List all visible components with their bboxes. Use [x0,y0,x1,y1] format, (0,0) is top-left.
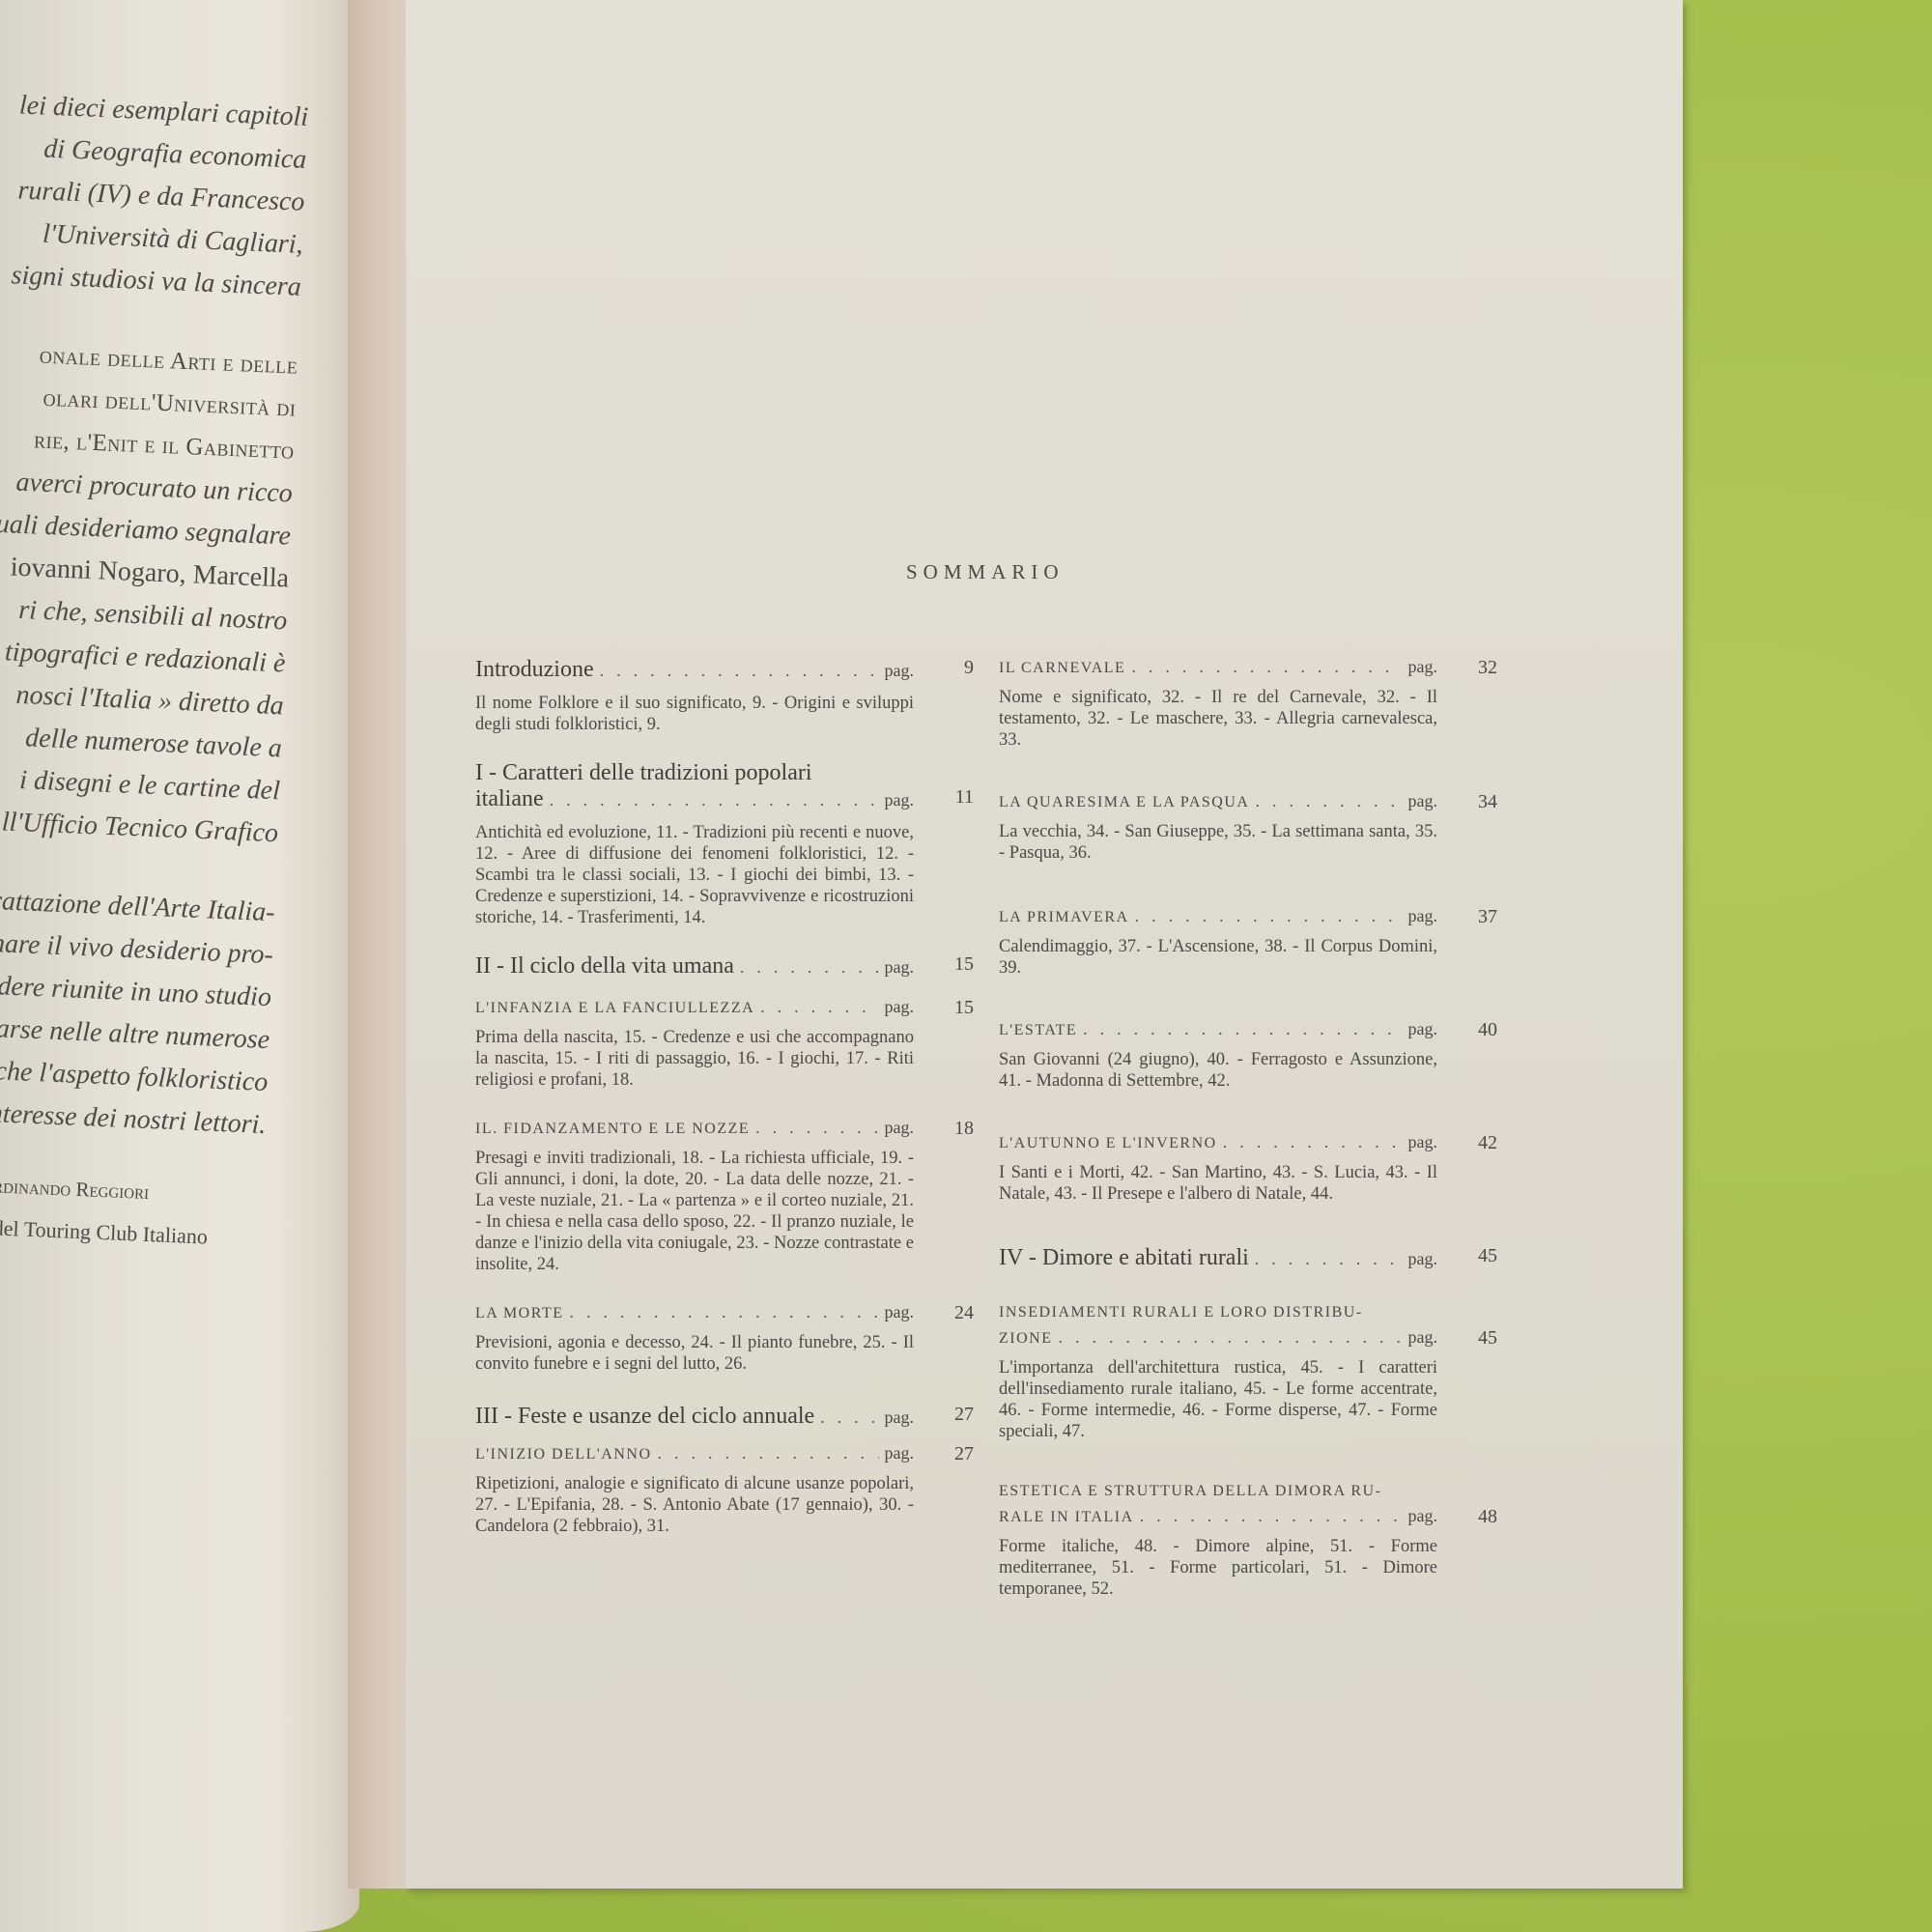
toc-heading: L'infanzia e la fanciullezza............… [475,997,914,1017]
dot-leader: .............................. [544,790,879,810]
toc-description: Calendimaggio, 37. - L'Ascensione, 38. -… [999,936,1437,979]
toc-description: Previsioni, agonia e decesso, 24. - Il p… [475,1332,914,1375]
pag-label: pag. [885,1118,915,1138]
toc-heading-label: II - Il ciclo della vita umana [475,953,734,980]
toc-heading: Il Carnevale............................… [999,657,1437,677]
toc-heading: Introduzione............................… [475,657,914,683]
pag-label: pag. [885,1302,915,1322]
left-page: lei dieci esemplari capitoli di Geografi… [0,0,359,1932]
dot-leader: .............................. [652,1443,879,1463]
page-number: 37 [1478,906,1497,928]
toc-heading: La Quaresima e la Pasqua................… [999,791,1437,811]
toc-heading-label: L'autunno e l'inverno [999,1135,1217,1152]
dot-leader: .............................. [1129,906,1403,926]
toc-heading: italiane..............................pa… [475,786,914,812]
toc-description: Il nome Folklore e il suo significato, 9… [475,693,914,735]
toc-description: Nome e significato, 32. - Il re del Carn… [999,687,1437,751]
toc-heading-label: La morte [475,1305,563,1322]
toc-heading-label: L'infanzia e la fanciullezza [475,1000,754,1017]
dot-leader: .............................. [750,1118,878,1138]
toc-heading: II - Il ciclo della vita umana..........… [475,953,914,980]
pag-label: pag. [885,1407,915,1428]
toc-heading-line: Estetica e struttura della dimora ru- [999,1483,1437,1500]
pag-label: pag. [885,661,915,681]
pag-label: pag. [1408,1249,1438,1269]
toc-description: San Giovanni (24 giugno), 40. - Ferragos… [999,1049,1437,1092]
page-number: 40 [1478,1019,1497,1041]
page-number: 11 [955,786,974,809]
toc-description: Ripetizioni, analogie e significato di a… [475,1473,914,1537]
toc-heading-label: zione [999,1330,1052,1348]
toc-entry: III - Feste e usanze del ciclo annuale..… [475,1404,914,1430]
toc-heading-line: I - Caratteri delle tradizioni popolari [475,760,914,786]
toc-heading-label: italiane [475,786,544,812]
toc-description: Antichità ed evoluzione, 11. - Tradizion… [475,822,914,928]
toc-entry: La morte..............................pa… [475,1302,914,1375]
toc-entry: L'inizio dell'anno......................… [475,1443,914,1537]
preface-text: lei dieci esemplari capitoli di Geografi… [0,82,309,1261]
toc-description: L'importanza dell'architettura rustica, … [999,1357,1437,1442]
toc-heading-label: rale in Italia [999,1509,1134,1526]
page-title: SOMMARIO [906,560,1065,584]
toc-description: Prima della nascita, 15. - Credenze e us… [475,1027,914,1091]
dot-leader: .............................. [1134,1506,1403,1526]
page-number: 27 [954,1404,974,1426]
right-page: SOMMARIO Introduzione...................… [406,0,1683,1889]
page-number: 42 [1478,1132,1497,1154]
page-number: 32 [1478,657,1497,679]
toc-heading-label: Il Carnevale [999,660,1125,677]
toc-column-left: Introduzione............................… [475,657,914,1537]
toc-entry: IV - Dimore e abitati rurali............… [999,1245,1437,1271]
dot-leader: .............................. [1052,1327,1402,1348]
pag-label: pag. [885,997,915,1017]
toc-entry: II - Il ciclo della vita umana..........… [475,953,914,980]
pag-label: pag. [1408,657,1438,677]
dot-leader: .............................. [594,661,879,681]
toc-heading: IV - Dimore e abitati rurali............… [999,1245,1437,1271]
pag-label: pag. [1408,1132,1438,1152]
dot-leader: .............................. [563,1302,878,1322]
toc-heading-label: Introduzione [475,657,594,683]
toc-heading: L'inizio dell'anno......................… [475,1443,914,1463]
toc-entry: I - Caratteri delle tradizioni popolarii… [475,760,914,928]
toc-heading-label: IV - Dimore e abitati rurali [999,1245,1249,1271]
toc-entry: L'infanzia e la fanciullezza............… [475,997,914,1091]
toc-heading-label: La primavera [999,909,1129,926]
toc-entry: L'autunno e l'inverno...................… [999,1132,1437,1205]
toc-entry: L'estate..............................pa… [999,1019,1437,1092]
toc-heading: L'estate..............................pa… [999,1019,1437,1039]
dot-leader: .............................. [734,957,879,978]
toc-heading: Il. fidanzamento e le nozze.............… [475,1118,914,1138]
toc-entry: Introduzione............................… [475,657,914,735]
toc-heading-label: L'estate [999,1022,1077,1039]
toc-column-right: Il Carnevale............................… [999,657,1437,1600]
toc-description: I Santi e i Morti, 42. - San Martino, 43… [999,1162,1437,1205]
pag-label: pag. [885,790,915,810]
dot-leader: .............................. [1125,657,1402,677]
dot-leader: .............................. [814,1407,878,1428]
dot-leader: .............................. [1077,1019,1402,1039]
pag-label: pag. [1408,906,1438,926]
dot-leader: .............................. [1217,1132,1403,1152]
pag-label: pag. [885,957,915,978]
dot-leader: .............................. [1249,1249,1403,1269]
toc-heading-label: La Quaresima e la Pasqua [999,794,1249,811]
toc-heading: La primavera............................… [999,906,1437,926]
page-number: 18 [954,1118,974,1140]
toc-description: Forme italiche, 48. - Dimore alpine, 51.… [999,1536,1437,1600]
pag-label: pag. [1408,1327,1438,1348]
dot-leader: .............................. [1249,791,1402,811]
toc-heading: III - Feste e usanze del ciclo annuale..… [475,1404,914,1430]
toc-entry: La Quaresima e la Pasqua................… [999,791,1437,864]
toc-description: Presagi e inviti tradizionali, 18. - La … [475,1148,914,1275]
toc-heading-label: L'inizio dell'anno [475,1446,652,1463]
toc-heading: rale in Italia..........................… [999,1506,1437,1526]
toc-entry: Estetica e struttura della dimora ru-ral… [999,1483,1437,1600]
toc-heading: zione..............................pag.4… [999,1327,1437,1348]
pag-label: pag. [1408,1019,1438,1039]
toc-entry: Il Carnevale............................… [999,657,1437,751]
page-number: 48 [1478,1506,1497,1528]
pag-label: pag. [1408,1506,1438,1526]
toc-entry: Il. fidanzamento e le nozze.............… [475,1118,914,1275]
pag-label: pag. [1408,791,1438,811]
page-number: 24 [954,1302,974,1324]
page-number: 9 [964,657,974,679]
page-number: 45 [1478,1245,1497,1267]
page-number: 34 [1478,791,1497,813]
toc-heading-line: Insediamenti rurali e loro distribu- [999,1304,1437,1321]
toc-heading-label: Il. fidanzamento e le nozze [475,1121,750,1138]
toc-heading-label: III - Feste e usanze del ciclo annuale [475,1404,814,1430]
toc-entry: Insediamenti rurali e loro distribu-zion… [999,1304,1437,1442]
page-number: 27 [954,1443,974,1465]
page-number: 45 [1478,1327,1497,1350]
pag-label: pag. [885,1443,915,1463]
toc-heading: L'autunno e l'inverno...................… [999,1132,1437,1152]
toc-entry: La primavera............................… [999,906,1437,979]
page-number: 15 [954,953,974,976]
dot-leader: .............................. [754,997,878,1017]
toc-heading: La morte..............................pa… [475,1302,914,1322]
page-number: 15 [954,997,974,1019]
toc-description: La vecchia, 34. - San Giuseppe, 35. - La… [999,821,1437,864]
